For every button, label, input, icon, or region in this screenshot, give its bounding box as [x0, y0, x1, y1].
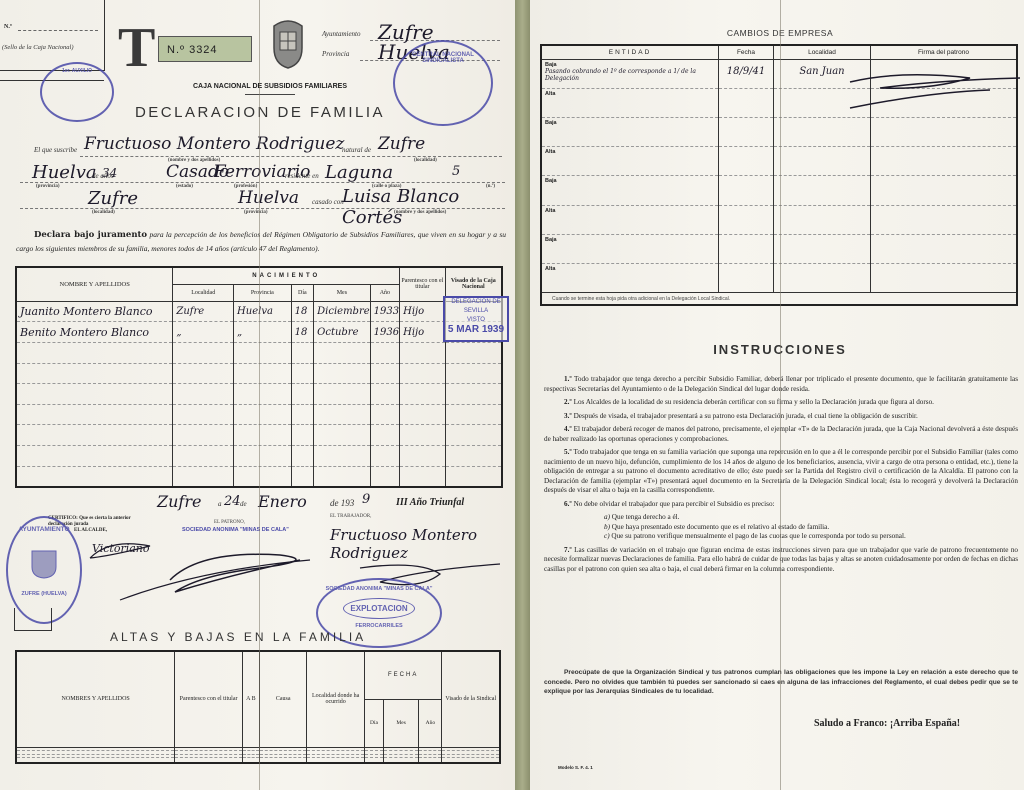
cell-parentesco: [400, 425, 446, 446]
cambios-footnote: Cuando se termine esta hoja pida otra ad…: [541, 293, 1017, 305]
table-row: Baja: [541, 234, 1017, 263]
cell-localidad: [173, 363, 234, 384]
cell-firma: [871, 234, 1018, 263]
salute-text: Saludo a Franco: ¡Arriba España!: [814, 718, 960, 729]
sello-label: (Sello de la Caja Nacional): [2, 44, 74, 51]
cell-localidad: [774, 234, 871, 263]
numero-value: 5: [452, 164, 460, 179]
cell-nombre: [16, 425, 173, 446]
cell-localidad: [774, 118, 871, 147]
signing-month: Enero: [258, 492, 307, 511]
row-type-label: Alta: [545, 266, 715, 272]
closing-paragraph: Preocúpate de que la Organización Sindic…: [544, 668, 1018, 697]
cell-localidad: [774, 147, 871, 176]
edad-value: 34: [102, 166, 117, 180]
row-type-label: Alta: [545, 149, 715, 155]
right-page-instrucciones: CAMBIOS DE EMPRESA ENTIDAD Fecha Localid…: [530, 0, 1024, 790]
casado-con-label: casado con: [312, 198, 344, 206]
cell-localidad: [774, 205, 871, 234]
natural-value: Zufre: [378, 134, 425, 154]
cell-nombre: Juanito Montero Blanco: [16, 301, 173, 322]
cell-localidad: [173, 446, 234, 467]
cell-firma: [871, 147, 1018, 176]
row-type-label: Alta: [545, 91, 715, 97]
cell-nombre: Benito Montero Blanco: [16, 322, 173, 343]
instruction-item: 7.º Las casillas de variación en el trab…: [544, 546, 1018, 575]
caja-small-stamp: 1er. AUXILIO: [40, 62, 114, 122]
provincia-origin-value: Huelva: [32, 162, 97, 183]
table-row: Baja: [541, 118, 1017, 147]
cell-mes: Diciembre: [314, 301, 371, 322]
cell-visado: [445, 404, 502, 425]
cell-mes: [314, 425, 371, 446]
spouse-value: Luisa Blanco Cortés: [342, 186, 515, 228]
provincia-label: Provincia: [322, 50, 349, 58]
cell-parentesco: Hijo: [400, 322, 446, 343]
instruction-item: 1.º Todo trabajador que tenga derecho a …: [544, 375, 1018, 394]
cell-fecha: [719, 205, 774, 234]
cell-fecha: [719, 147, 774, 176]
coat-of-arms-icon: [268, 18, 308, 70]
cell-dia: [291, 466, 314, 487]
residente-label: residente en: [285, 172, 319, 180]
entidad-value: Pasando cobrando el 1º de corresponde a …: [545, 68, 715, 82]
instruction-subitem: a) Que tenga derecho a él.: [544, 513, 1018, 523]
visado-stamp: DELEGACION DE SEVILLA VISTO 5 MAR 1939: [443, 296, 509, 342]
patron-signature: [840, 60, 1024, 110]
cell-parentesco: [400, 466, 446, 487]
cell-mes: [314, 384, 371, 405]
cell-mes: [314, 363, 371, 384]
cell-firma: [871, 205, 1018, 234]
cell-ano: [370, 466, 399, 487]
declarant-name: Fructuoso Montero Rodriguez: [84, 134, 344, 154]
cell-provincia: [234, 425, 292, 446]
cell-dia: [291, 425, 314, 446]
natural-de-label: natural de: [342, 146, 371, 154]
cell-parentesco: [400, 342, 446, 363]
instrucciones-list: 1.º Todo trabajador que tenga derecho a …: [544, 375, 1018, 578]
cell-firma: [871, 118, 1018, 147]
cell-ano: [370, 384, 399, 405]
signing-place: Zufre: [157, 492, 201, 511]
cell-fecha: [719, 88, 774, 117]
document-title: DECLARACION DE FAMILIA: [110, 104, 410, 121]
cell-localidad: [173, 342, 234, 363]
cell-localidad: [173, 466, 234, 487]
fold-crease: [780, 0, 781, 790]
era-text: III Año Triunfal: [396, 497, 464, 508]
instruction-item: 6.º No debe olvidar el trabajador que pa…: [544, 500, 1018, 510]
cell-ano: [370, 404, 399, 425]
signing-year-digit: 9: [362, 492, 370, 507]
signing-day: 24: [224, 494, 241, 509]
cell-provincia: [234, 446, 292, 467]
cell-provincia: [234, 466, 292, 487]
cell-localidad: [774, 264, 871, 293]
cell-parentesco: [400, 404, 446, 425]
cell-ano: [370, 446, 399, 467]
cell-fecha: [719, 264, 774, 293]
cell-mes: Octubre: [314, 322, 371, 343]
cell-visado: [445, 342, 502, 363]
table-row: Baja: [541, 176, 1017, 205]
altas-bajas-table: NOMBRES Y APELLIDOS Parentesco con el ti…: [15, 650, 501, 764]
row-type-label: Alta: [545, 208, 715, 214]
cell-localidad: Zufre: [173, 301, 234, 322]
cell-mes: [314, 466, 371, 487]
cell-nombre: [16, 446, 173, 467]
row-type-label: Baja: [545, 237, 715, 243]
provincia-residence-value: Huelva: [238, 188, 299, 208]
table-row: [16, 758, 500, 763]
cell-fecha: [719, 118, 774, 147]
cell-provincia: [234, 384, 292, 405]
cell-localidad: [774, 176, 871, 205]
cell-provincia: [234, 363, 292, 384]
instruction-subitem: b) Que haya presentado este documento qu…: [544, 523, 1018, 533]
table-row: Alta: [541, 264, 1017, 293]
cell-ano: [370, 425, 399, 446]
sello-box: N.º (Sello de la Caja Nacional): [0, 0, 105, 71]
ayuntamiento-label: Ayuntamiento: [322, 30, 361, 38]
cell-ano: 1933: [370, 301, 399, 322]
cell-parentesco: [400, 363, 446, 384]
cell-firma: [871, 176, 1018, 205]
serial-number: N.º 3324: [158, 36, 252, 62]
cell-nombre: [16, 342, 173, 363]
row-type-label: Baja: [545, 120, 715, 126]
cell-visado: [445, 363, 502, 384]
cell-nombre: [16, 466, 173, 487]
cell-mes: [314, 404, 371, 425]
row-type-label: Baja: [545, 178, 715, 184]
cell-dia: [291, 384, 314, 405]
table-row: Alta: [541, 147, 1017, 176]
calle-value: Laguna: [325, 162, 393, 183]
cell-dia: 18: [291, 301, 314, 322]
cell-dia: [291, 342, 314, 363]
cell-dia: [291, 404, 314, 425]
instruction-item: 2.º Los Alcaldes de la localidad de su r…: [544, 398, 1018, 408]
cell-mes: [314, 342, 371, 363]
cell-ano: [370, 342, 399, 363]
cell-provincia: [234, 404, 292, 425]
cell-visado: [445, 425, 502, 446]
cell-fecha: 18/9/41: [719, 59, 774, 88]
cell-parentesco: Hijo: [400, 301, 446, 322]
cell-localidad: [173, 404, 234, 425]
cell-parentesco: [400, 446, 446, 467]
cell-provincia: [234, 342, 292, 363]
cell-mes: [314, 446, 371, 467]
cell-nombre: [16, 384, 173, 405]
cell-ano: 1936: [370, 322, 399, 343]
localidad-residence-value: Zufre: [88, 188, 138, 209]
cell-ano: [370, 363, 399, 384]
cell-nombre: [16, 363, 173, 384]
institution-name: CAJA NACIONAL DE SUBSIDIOS FAMILIARES: [170, 83, 370, 90]
cell-visado: [445, 446, 502, 467]
el-que-suscribe-label: El que suscribe: [34, 146, 77, 154]
cell-fecha: [719, 234, 774, 263]
book-gutter: [515, 0, 530, 790]
cell-provincia: Huelva: [234, 301, 292, 322]
instruction-item: 3.º Después de visada, el trabajador pre…: [544, 412, 1018, 422]
cell-visado: [445, 466, 502, 487]
instruction-item: 4.º El trabajador deberá recoger de mano…: [544, 425, 1018, 444]
instruction-item: 5.º Todo trabajador que tenga en su fami…: [544, 448, 1018, 496]
cell-fecha: [719, 176, 774, 205]
cell-localidad: [173, 425, 234, 446]
cell-localidad: „: [173, 322, 234, 343]
altas-bajas-title: ALTAS Y BAJAS EN LA FAMILIA: [110, 630, 410, 644]
left-page-declaracion: N.º (Sello de la Caja Nacional) 1er. AUX…: [0, 0, 515, 790]
cell-nombre: [16, 404, 173, 425]
cell-dia: [291, 446, 314, 467]
fold-crease: [259, 0, 260, 790]
cell-localidad: [173, 384, 234, 405]
cell-dia: [291, 363, 314, 384]
modelo-label: Modelo S. F. 4. 1: [558, 765, 593, 770]
oath-paragraph: Declara bajo juramento para la percepció…: [16, 228, 506, 255]
instruction-subitem: c) Que su patrono verifique mensualmente…: [544, 532, 1018, 542]
table-row: Alta: [541, 205, 1017, 234]
cell-dia: 18: [291, 322, 314, 343]
cell-visado: [445, 384, 502, 405]
cell-firma: [871, 264, 1018, 293]
ejemplar-letter-t: T: [118, 20, 155, 76]
cell-provincia: „: [234, 322, 292, 343]
numero-label: N.º: [4, 24, 12, 30]
cell-parentesco: [400, 384, 446, 405]
